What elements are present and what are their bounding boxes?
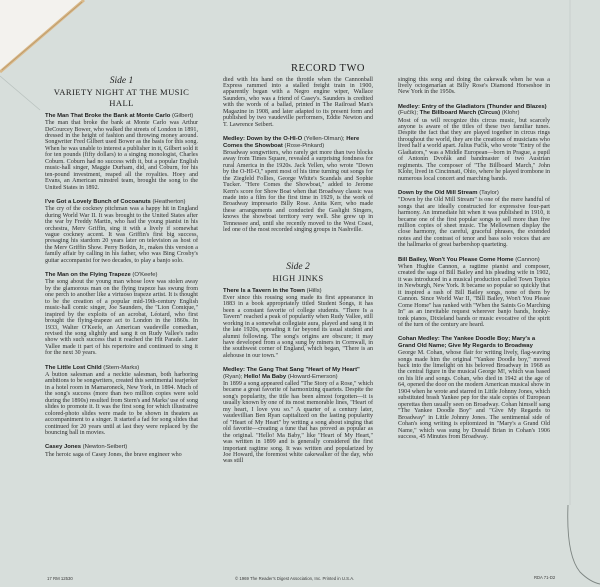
song-heading: There Is a Tavern in the Town (Hills): [223, 288, 373, 295]
side-1-title: VARIETY NIGHT AT THE MUSIC HALL: [45, 87, 198, 109]
song-heading: Down by the Old Mill Stream (Taylor): [398, 190, 550, 197]
copyright-notice: © 1969 The Reader's Digest Association, …: [235, 576, 354, 581]
song-title: Bill Bailey, Won't You Please Come Home: [398, 257, 514, 263]
song-title: I've Got a Lovely Bunch of Cocoanuts: [45, 199, 151, 205]
song-title: Down by the Old Mill Stream: [398, 190, 478, 196]
song-entry: The Little Lost Child (Stern-Marks)A but…: [45, 365, 198, 437]
record-title: RECORD TWO: [268, 63, 388, 74]
song-title: There Is a Tavern in the Town: [223, 288, 305, 294]
song-composer: (Taylor): [479, 190, 499, 196]
song-heading: The Man on the Flying Trapeze (O'Keefe): [45, 272, 198, 279]
song-description: The song about the young man whose love …: [45, 279, 198, 356]
song-composer: (Yellen-Olman);: [304, 136, 345, 142]
song-title: Medley: Down by the O-HI-O: [223, 136, 302, 142]
song-composer: (Heatherton): [152, 199, 185, 205]
song-composer: (Cannon): [515, 257, 540, 263]
song-composer: (Fučík);: [398, 110, 418, 116]
continuation-text: singing this song and doing the cakewalk…: [398, 77, 550, 96]
song-heading: Medley: The Gang That Sang "Heart of My …: [223, 367, 373, 380]
song-title-secondary: Hello! Ma Baby: [244, 374, 286, 380]
song-entry: Casey Jones (Newton-Seibert)The heroic s…: [45, 444, 198, 458]
song-heading: The Little Lost Child (Stern-Marks): [45, 365, 198, 372]
song-heading: Cohan Medley: The Yankee Doodle Boy; Mar…: [398, 336, 550, 349]
song-composer: (Ryan);: [223, 374, 242, 380]
song-composer-secondary: (Howard-Emerson): [288, 374, 338, 380]
song-description: Most of us will recognize this circus mu…: [398, 118, 550, 183]
song-entry: Down by the Old Mill Stream (Taylor)"Dow…: [398, 190, 550, 249]
song-description: The cry of the cockney pitchman was a ha…: [45, 206, 198, 264]
song-title: Medley: The Gang That Sang "Heart of My …: [223, 367, 360, 373]
song-heading: I've Got a Lovely Bunch of Cocoanuts (He…: [45, 199, 198, 206]
song-description: In 1899 a song appeared called "The Stor…: [223, 381, 373, 465]
song-heading: Medley: Entry of the Gladiators (Thunder…: [398, 104, 550, 117]
song-description: Ever since this rousing song made its fi…: [223, 295, 373, 360]
side-1-song-list: The Man That Broke the Bank at Monte Car…: [45, 113, 198, 458]
song-title: Cohan Medley: The Yankee Doodle Boy; Mar…: [398, 336, 535, 349]
column-3-song-list: Medley: Entry of the Gladiators (Thunder…: [398, 104, 550, 441]
column-2: died with his hand on the throttle when …: [223, 76, 373, 473]
song-composer: (Newton-Seibert): [83, 444, 128, 450]
song-description: Broadway songwriters, who rarely get mor…: [223, 150, 373, 234]
side-1-label: Side 1: [45, 76, 198, 87]
casey-jones-continuation: died with his hand on the throttle when …: [223, 77, 373, 129]
song-title: The Little Lost Child: [45, 365, 102, 371]
song-description: The man that broke the bank at Monte Car…: [45, 120, 198, 191]
song-composer: (Hills): [307, 288, 322, 294]
song-entry: I've Got a Lovely Bunch of Cocoanuts (He…: [45, 199, 198, 264]
song-heading: Bill Bailey, Won't You Please Come Home …: [398, 257, 550, 264]
column-2-song-list: Medley: Down by the O-HI-O (Yellen-Olman…: [223, 136, 373, 234]
catalog-number-right: RDA 71-D2: [534, 575, 555, 580]
song-description: "Down by the Old Mill Stream" is one of …: [398, 197, 550, 249]
song-entry: There Is a Tavern in the Town (Hills)Eve…: [223, 288, 373, 360]
song-heading: Medley: Down by the O-HI-O (Yellen-Olman…: [223, 136, 373, 149]
side-2-song-list: There Is a Tavern in the Town (Hills)Eve…: [223, 288, 373, 465]
song-title: The Man That Broke the Bank at Monte Car…: [45, 113, 170, 119]
continuation-text: died with his hand on the throttle when …: [223, 77, 373, 129]
song-composer-secondary: (Rose-Pinkard): [285, 143, 325, 149]
song-title-secondary: The Billboard March (Circus): [420, 110, 501, 116]
song-heading: The Man That Broke the Bank at Monte Car…: [45, 113, 198, 120]
song-description: The heroic saga of Casey Jones, the brav…: [45, 452, 198, 458]
song-entry: Medley: Down by the O-HI-O (Yellen-Olman…: [223, 136, 373, 234]
song-title: Casey Jones: [45, 444, 81, 450]
song-description: A button salesman and a necktie salesman…: [45, 372, 198, 437]
side-2-title: HIGH JINKS: [223, 273, 373, 284]
song-entry: Cohan Medley: The Yankee Doodle Boy; Mar…: [398, 336, 550, 440]
column-1: Side 1 VARIETY NIGHT AT THE MUSIC HALL T…: [45, 76, 198, 466]
song-title: Medley: Entry of the Gladiators (Thunder…: [398, 104, 547, 110]
song-title: The Man on the Flying Trapeze: [45, 272, 131, 278]
song-composer: (O'Keefe): [132, 272, 157, 278]
song-entry: Medley: The Gang That Sang "Heart of My …: [223, 367, 373, 465]
song-description: George M. Cohan, whose flair for writing…: [398, 350, 550, 440]
song-heading: Casey Jones (Newton-Seibert): [45, 444, 198, 451]
song-entry: The Man on the Flying Trapeze (O'Keefe)T…: [45, 272, 198, 357]
hello-ma-baby-continuation: singing this song and doing the cakewalk…: [398, 77, 550, 96]
song-composer: (Stern-Marks): [103, 365, 139, 371]
column-3: singing this song and doing the cakewalk…: [398, 76, 550, 448]
catalog-number-left: 17 RM 12530: [47, 576, 73, 581]
song-composer-secondary: (Klohr): [502, 110, 520, 116]
song-entry: The Man That Broke the Bank at Monte Car…: [45, 113, 198, 191]
song-description: When Hughie Cannon, a ragtime pianist an…: [398, 264, 550, 329]
song-composer: (Gilbert): [172, 113, 193, 119]
song-entry: Medley: Entry of the Gladiators (Thunder…: [398, 104, 550, 182]
song-entry: Bill Bailey, Won't You Please Come Home …: [398, 257, 550, 329]
side-2-label: Side 2: [223, 262, 373, 273]
